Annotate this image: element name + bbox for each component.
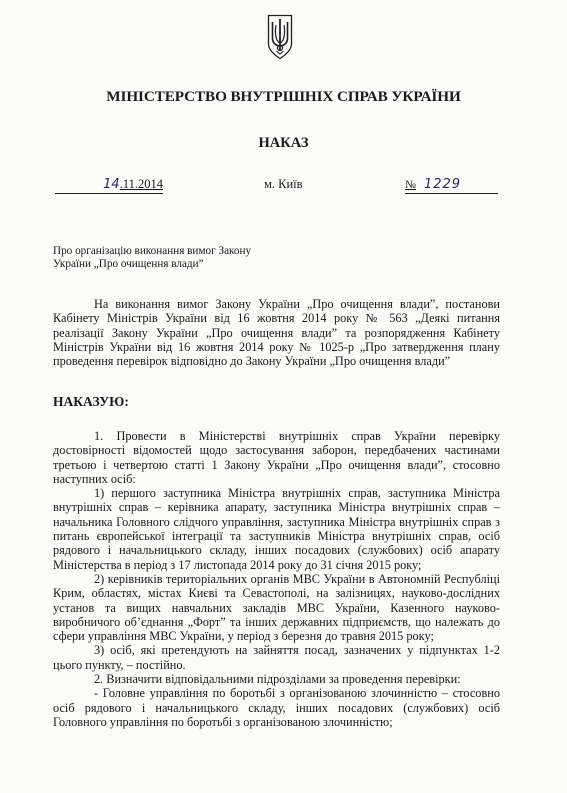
preamble-text: На виконання вимог Закону України „Про о…	[53, 297, 500, 368]
date-field: 14.11.2014	[55, 176, 163, 194]
printed-date: .11.2014	[120, 177, 163, 191]
order-subject: Про організацію виконання вимог Закону У…	[53, 245, 251, 270]
paragraph-2-item-1: - Головне управління по боротьбі з орган…	[53, 686, 500, 729]
order-word: НАКАЗУЮ:	[53, 394, 129, 410]
city-label: м. Київ	[264, 176, 303, 193]
paragraph-1-subitem-3: 3) осіб, які претендують на зайняття пос…	[53, 643, 500, 672]
paragraph-1: 1. Провести в Міністерстві внутрішніх сп…	[53, 429, 500, 486]
paragraph-2: 2. Визначити відповідальними підрозділам…	[53, 672, 500, 686]
paragraph-1-subitem-2: 2) керівників територіальних органів МВС…	[53, 572, 500, 643]
order-paragraphs: 1. Провести в Міністерстві внутрішніх сп…	[53, 429, 500, 729]
preamble: На виконання вимог Закону України „Про о…	[53, 297, 500, 368]
handwritten-day: 14	[103, 177, 120, 192]
document-type-title: НАКАЗ	[0, 135, 567, 152]
subject-line-2: України „Про очищення влади”	[53, 258, 251, 271]
number-sign: №	[405, 179, 416, 191]
document-page: МІНІСТЕРСТВО ВНУТРІШНІХ СПРАВ УКРАЇНИ НА…	[0, 0, 567, 793]
paragraph-1-subitem-1: 1) першого заступника Міністра внутрішні…	[53, 486, 500, 572]
ministry-name: МІНІСТЕРСТВО ВНУТРІШНІХ СПРАВ УКРАЇНИ	[0, 88, 567, 106]
subject-line-1: Про організацію виконання вимог Закону	[53, 245, 251, 258]
ukraine-trident-icon	[267, 14, 293, 60]
order-number-field: №1229	[405, 176, 498, 194]
handwritten-order-number: 1229	[424, 177, 461, 192]
dateline: 14.11.2014 м. Київ №1229	[0, 176, 567, 196]
